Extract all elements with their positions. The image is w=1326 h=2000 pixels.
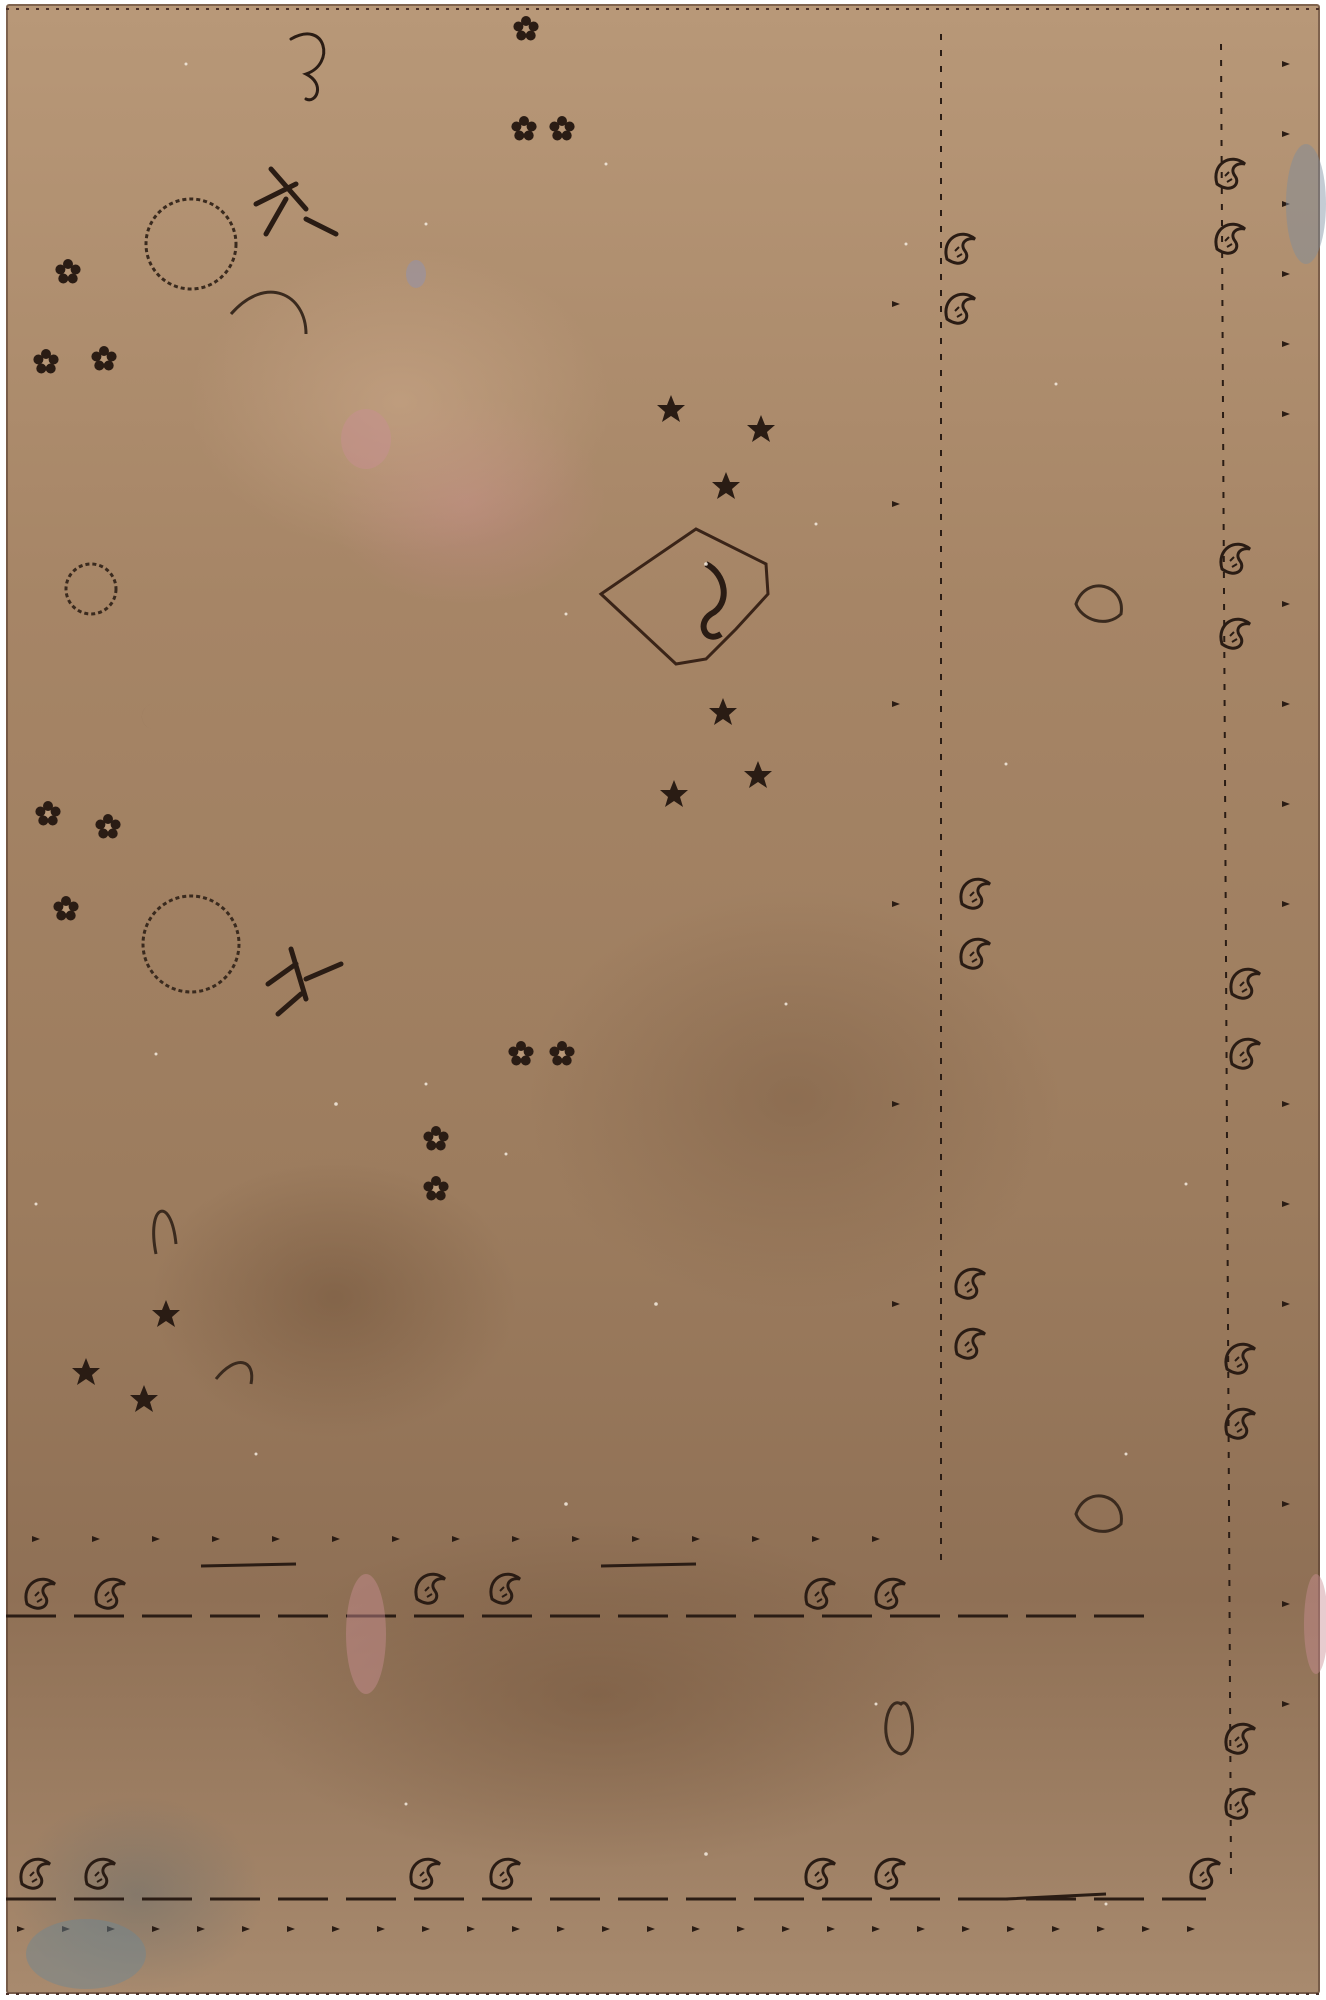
outline-florals [66, 199, 1121, 1754]
rug-motifs [6, 4, 1326, 2000]
color-accents [26, 144, 1326, 1989]
inner-border-right [941, 34, 1231, 1874]
leaf-sprays [256, 34, 341, 1014]
fringe [6, 9, 1326, 1994]
dart-rows [17, 61, 1290, 1932]
rug-photo [6, 4, 1320, 1994]
field-flowers [33, 16, 574, 1201]
pile-speckles [35, 63, 1188, 1906]
bottom-border-paisleys [21, 1574, 1220, 1888]
central-medallion [601, 529, 768, 664]
crescents [142, 424, 302, 730]
bottom-border-lines [6, 1564, 1206, 1899]
right-border-paisleys [946, 159, 1260, 1818]
